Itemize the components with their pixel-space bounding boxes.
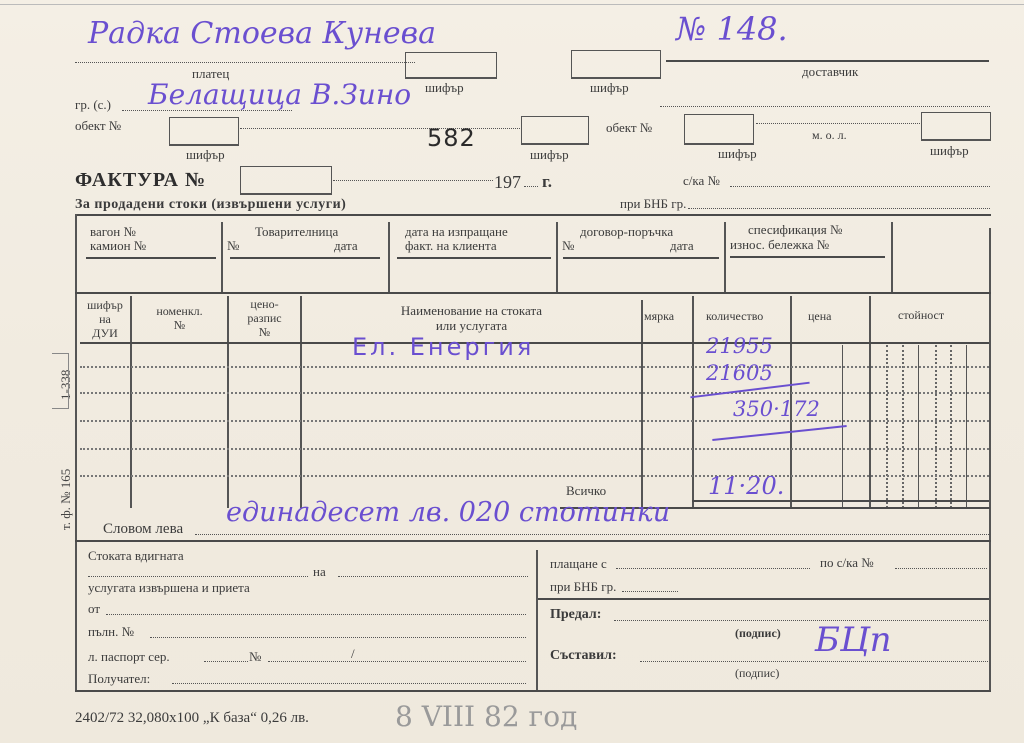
value-header: стойност	[898, 308, 944, 323]
waybill-label: Товарителница	[255, 224, 338, 240]
items-top-rule	[75, 292, 991, 294]
on-line	[338, 576, 528, 577]
nomenkl-header: номенкл. №	[132, 304, 227, 332]
result-underline	[712, 425, 846, 441]
invoice-number-box[interactable]	[240, 166, 332, 195]
city-handwritten: Белащица В.Зино	[148, 78, 411, 111]
words-handwritten: единадесет лв. 020 стотинки	[226, 497, 670, 528]
dui-header-line: на	[80, 312, 130, 326]
on-label: на	[313, 564, 326, 580]
compiled-signature-label: (подпис)	[735, 666, 779, 681]
waybill-date-label: дата	[334, 238, 358, 254]
unit-header: мярка	[644, 309, 674, 324]
invoice-subtitle: За продадени стоки (извършени услуги)	[75, 197, 346, 213]
supplier-line-2	[660, 106, 990, 107]
passport-label: л. паспорт сер.	[88, 649, 170, 665]
stamped-number: 582	[427, 124, 476, 152]
item-quantity-2: 350·172	[733, 397, 820, 421]
pricelist-header-line: разпис	[229, 311, 300, 325]
dui-header-line: шифър	[80, 298, 130, 312]
goods-taken-line	[88, 576, 308, 577]
compiled-label: Съставил:	[550, 648, 617, 664]
from-label: от	[88, 601, 100, 617]
invoice-title: ФАКТУРА №	[75, 169, 206, 192]
supplier-cipher-box[interactable]	[571, 50, 661, 79]
nomenkl-header-line: №	[132, 318, 227, 332]
city-label: гр. (с.)	[75, 97, 111, 113]
value-subdivider	[902, 345, 904, 508]
payer-object-box[interactable]	[169, 117, 239, 146]
form-code: 1-338	[58, 370, 74, 400]
pricelist-header-line: цено-	[229, 297, 300, 311]
invoice-year-prefix: 197	[494, 172, 521, 193]
account-label: с/ка №	[683, 173, 720, 189]
authorization-line	[150, 637, 526, 638]
recipient-label: Получател:	[88, 671, 150, 687]
mol-cipher-box[interactable]	[921, 112, 991, 141]
item-name-0: Ел. Енергия	[352, 333, 534, 361]
passport-slash: /	[351, 646, 355, 662]
form-number: т. ф. № 165	[58, 469, 74, 530]
handed-signature-label: (подпис)	[735, 626, 781, 641]
truck-label: камион №	[90, 238, 146, 254]
passport-no-line	[268, 661, 526, 662]
value-subdivider	[950, 345, 952, 508]
header-rule	[563, 257, 719, 259]
receipt-number-handwritten: № 148.	[676, 10, 788, 48]
top-edge	[0, 4, 1024, 5]
pricelist-header-line: №	[229, 325, 300, 339]
quantity-header: количество	[706, 309, 763, 324]
frame-left	[75, 214, 77, 691]
by-account-line	[895, 568, 987, 569]
item-quantity-1: 21605	[706, 361, 773, 385]
row-line	[80, 475, 989, 477]
dui-header: шифър на ДУИ	[80, 298, 130, 340]
export-note-label: износ. бележка №	[730, 237, 829, 253]
header-rule	[730, 256, 885, 258]
payer-object-label: обект №	[75, 118, 121, 134]
year-blank	[524, 186, 538, 187]
supplier-object-box[interactable]	[684, 114, 754, 145]
nomenkl-header-line: номенкл.	[132, 304, 227, 318]
payer-cipher-box[interactable]	[405, 52, 497, 79]
supplier-object-label: обект №	[606, 120, 652, 136]
bank2-label: при БНБ гр.	[550, 579, 616, 595]
value-subdivider	[918, 345, 919, 508]
total-rule	[692, 500, 989, 502]
bank-rule	[538, 598, 989, 600]
handed-line	[614, 620, 988, 621]
goods-taken-label: Стоката вдигната	[88, 548, 184, 564]
from-line	[106, 614, 526, 615]
row-line	[80, 420, 989, 422]
row-line	[80, 448, 989, 450]
waybill-no-label: №	[227, 238, 239, 254]
payment-label: плащане с	[550, 556, 607, 572]
value-subdivider	[935, 345, 937, 508]
payer-name-handwritten: Радка Стоева Кунева	[88, 16, 436, 51]
passport-no-label: №	[249, 649, 261, 665]
bank-line	[688, 208, 990, 209]
total-value: 11·20.	[708, 472, 784, 500]
words-label: Словом лева	[103, 521, 183, 538]
supplier-line	[666, 60, 989, 62]
row-line	[80, 366, 989, 368]
price-header: цена	[808, 309, 832, 324]
payer-cipher-label: шифър	[425, 80, 464, 96]
invoice-paper: Радка Стоева Кунева № 148. платец шифър …	[0, 0, 1024, 743]
header-rule	[230, 257, 380, 259]
bank-label: при БНБ гр.	[620, 196, 686, 212]
side-box-line	[52, 353, 68, 354]
col-divider	[221, 222, 223, 292]
header-rule	[397, 257, 551, 259]
bank2-line	[622, 591, 678, 592]
frame-right	[989, 228, 991, 691]
payment-line	[616, 568, 810, 569]
col-divider	[556, 222, 558, 292]
invoice-date-line	[333, 180, 493, 181]
authorization-label: пълн. №	[88, 624, 134, 640]
side-box-line	[68, 353, 69, 409]
object-cipher-box[interactable]	[521, 116, 589, 145]
name-header: Наименование на стоката или услугата	[302, 303, 641, 333]
item-quantity-0: 21955	[706, 334, 773, 358]
payer-object-cipher-label: шифър	[186, 147, 225, 163]
words-bottom-rule	[75, 540, 991, 542]
passport-series-line	[204, 661, 248, 662]
row-line	[80, 392, 989, 394]
name-header-line: или услугата	[302, 318, 641, 333]
frame-bottom	[75, 690, 991, 692]
object-cipher-label: шифър	[530, 147, 569, 163]
supplier-label: доставчик	[802, 64, 858, 80]
supplier-cipher-label: шифър	[590, 80, 629, 96]
payer-line	[75, 62, 415, 63]
compiled-line	[640, 661, 988, 662]
handed-label: Предал:	[550, 607, 601, 623]
supplier-object-cipher-label: шифър	[718, 146, 757, 162]
contract-no-label: №	[562, 238, 574, 254]
words-line	[195, 534, 989, 535]
print-info: 2402/72 32,080x100 „К база“ 0,26 лв.	[75, 710, 309, 727]
name-header-line: Наименование на стоката	[302, 303, 641, 318]
date-handwritten: 8 VIII 82 год	[395, 700, 577, 733]
mol-line	[756, 123, 920, 124]
signature-handwritten: БЦп	[815, 620, 892, 660]
value-subdivider	[886, 345, 888, 508]
spec-label: спесификация №	[748, 222, 842, 238]
service-done-label: услугата извършена и приета	[88, 580, 250, 596]
dui-header-line: ДУИ	[80, 326, 130, 340]
mol-label: м. о. л.	[812, 128, 847, 143]
pricelist-header: цено- разпис №	[229, 297, 300, 339]
mol-cipher-label: шифър	[930, 143, 969, 159]
col-divider	[724, 222, 726, 292]
value-subdivider	[966, 345, 967, 508]
side-box-line	[52, 408, 68, 409]
client-invoice-label: факт. на клиента	[405, 238, 497, 254]
contract-label: договор-поръчка	[580, 224, 673, 240]
items-header-rule	[80, 342, 989, 344]
table-top-rule	[75, 214, 991, 216]
contract-date-label: дата	[670, 238, 694, 254]
bottom-divider	[536, 550, 538, 690]
invoice-year-suffix: г.	[542, 172, 552, 192]
recipient-line	[172, 683, 526, 684]
account-line	[730, 186, 990, 187]
col-divider	[891, 222, 893, 292]
header-rule	[86, 257, 216, 259]
payer-object-line	[240, 128, 520, 129]
col-divider	[388, 222, 390, 292]
by-account-label: по с/ка №	[820, 555, 874, 571]
